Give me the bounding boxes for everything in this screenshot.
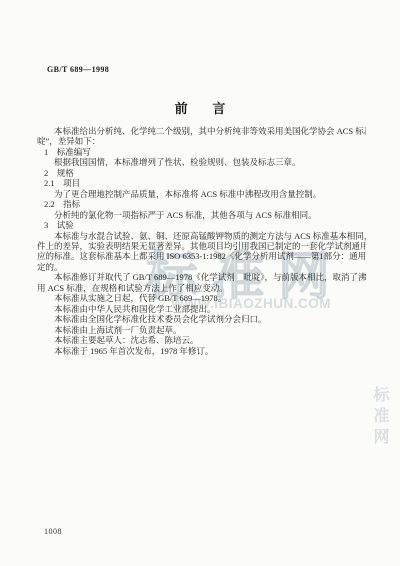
body-line: 本标准修订并取代了 GB/T 689—1978《化学试剂 吡啶》，与前版本相比，… [37,272,366,282]
section-heading: 2.2 指标 [37,199,366,209]
section-heading: 2 规格 [37,168,366,178]
body-line: 本标准由上海试剂一厂负责起草。 [37,325,366,335]
body-line: 本标准由中华人民共和国化学工业部提出。 [37,304,366,314]
body-line: 啶”，差异如下： [37,136,366,146]
body-line: 本标准从实施之日起，代替 GB/T 689—1978。 [37,293,366,303]
body-line: 应的标准。这套标准基本上都采用 ISO 6353-1:1982《化学分析用试剂—… [37,251,366,261]
body-line: 为了更合理地控制产品质量，本标准将 ACS 标准中沸程改用含量控制。 [37,189,366,199]
section-heading: 1 标准编写 [37,147,366,157]
section-heading: 2.1 项目 [37,178,366,188]
document-page: 标准网 WWW.IBIAOZHUN.COM 标准网 GB/T 689—1998 … [0,0,400,566]
foreword-body: 本标准给出分析纯、化学纯二个级别，其中分析纯非等效采用美国化学协会 ACS 标准… [37,126,366,356]
section-heading: 3 试验 [37,220,366,230]
body-line: 用 ACS 标准，在规格和试验方法上作了相应变动。 [37,283,366,293]
body-line: 件上的差异，实验表明结果无显著差异。其他项目均引用我国已制定的一套化学试剂通用试… [37,241,366,251]
body-line: 本标准主要起草人：沈志希、陈培云。 [37,335,366,345]
body-line: 本标准给出分析纯、化学纯二个级别，其中分析纯非等效采用美国化学协会 ACS 标准… [37,126,366,136]
standard-number-header: GB/T 689—1998 [47,65,109,74]
body-line: 本标准与水混合试验、氨、铜、还原高锰酸钾物质的测定方法与 ACS 标准基本相同，… [37,231,366,241]
body-line: 本标准于 1965 年首次发布，1978 年修订。 [37,346,366,356]
watermark-side-vertical-text: 标准网 [368,386,391,449]
page-title-foreword: 前言 [0,98,400,117]
page-number: 1008 [44,527,62,536]
body-line: 根据我国国情，本标准增列了性状、检验规则、包装及标志三章。 [37,157,366,167]
body-line: 分析纯的氯化物一项指标严于 ACS 标准，其他各项与 ACS 标准相同。 [37,210,366,220]
body-line: 定的。 [37,262,366,272]
body-line: 本标准由全国化学标准化技术委员会化学试剂分会归口。 [37,314,366,324]
